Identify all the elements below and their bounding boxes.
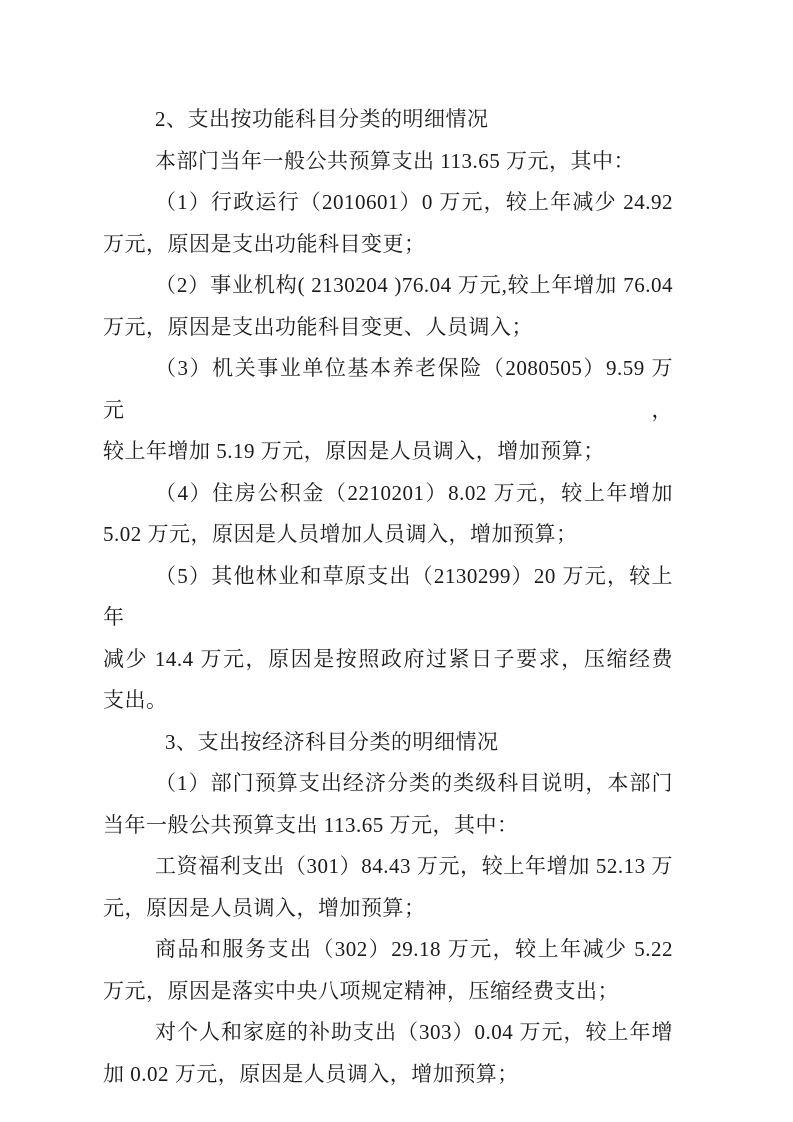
text-line: 5.02 万元，原因是人员增加人员调入，增加预算； [103, 514, 673, 556]
document-page: 2、支出按功能科目分类的明细情况本部门当年一般公共预算支出 113.65 万元，… [0, 0, 793, 1122]
text-line: 商品和服务支出（302）29.18 万元，较上年减少 5.22 [103, 929, 673, 971]
text-line: 加 0.02 万元，原因是人员调入，增加预算； [103, 1054, 673, 1096]
text-line: 万元，原因是支出功能科目变更、人员调入； [103, 307, 673, 349]
text-line: 2、支出按功能科目分类的明细情况 [103, 99, 673, 141]
text-line: （5）其他林业和草原支出（2130299）20 万元，较上年 [103, 556, 673, 639]
text-line: （3）机关事业单位基本养老保险（2080505）9.59 万元， [103, 348, 673, 431]
text-line: 工资福利支出（301）84.43 万元，较上年增加 52.13 万 [103, 846, 673, 888]
text-line: （4）住房公积金（2210201）8.02 万元，较上年增加 [103, 473, 673, 515]
text-line: 3、支出按经济科目分类的明细情况 [103, 722, 673, 764]
text-line: 万元，原因是支出功能科目变更； [103, 224, 673, 266]
text-line: 元，原因是人员调入，增加预算； [103, 888, 673, 930]
text-line: 较上年增加 5.19 万元，原因是人员调入，增加预算； [103, 431, 673, 473]
text-line: 万元，原因是落实中央八项规定精神，压缩经费支出； [103, 971, 673, 1013]
text-line: 当年一般公共预算支出 113.65 万元，其中： [103, 805, 673, 847]
text-line: 本部门当年一般公共预算支出 113.65 万元，其中： [103, 141, 673, 183]
text-line: 支出。 [103, 680, 673, 722]
text-line: （2）事业机构( 2130204 )76.04 万元,较上年增加 76.04 [103, 265, 673, 307]
document-body: 2、支出按功能科目分类的明细情况本部门当年一般公共预算支出 113.65 万元，… [103, 99, 673, 1095]
text-line: 减少 14.4 万元，原因是按照政府过紧日子要求，压缩经费 [103, 639, 673, 681]
text-line: （1）行政运行（2010601）0 万元，较上年减少 24.92 [103, 182, 673, 224]
text-line: 对个人和家庭的补助支出（303）0.04 万元，较上年增 [103, 1012, 673, 1054]
text-line: （1）部门预算支出经济分类的类级科目说明，本部门 [103, 763, 673, 805]
